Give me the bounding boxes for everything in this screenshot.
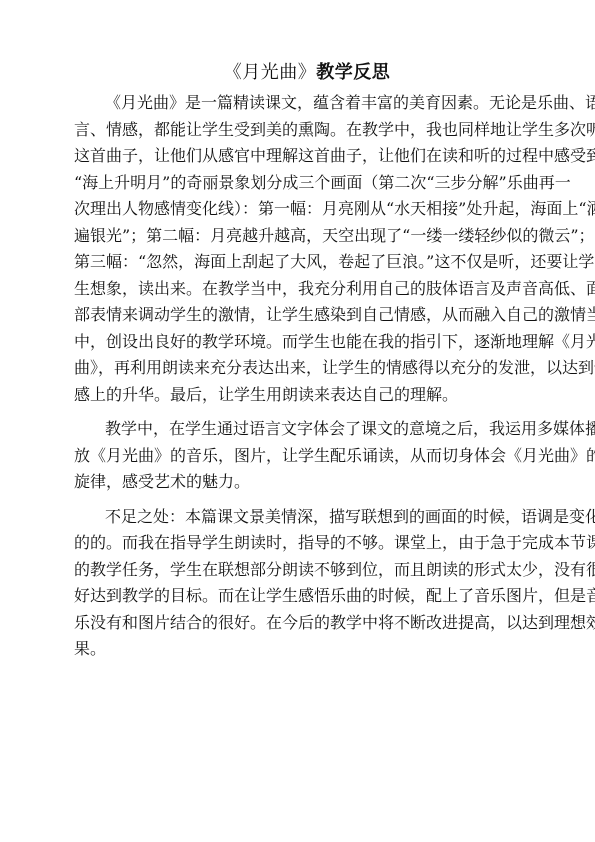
paragraph-line: 不足之处：本篇课文景美情深，描写联想到的画面的时候，语调是变化	[74, 504, 540, 531]
paragraph-line: 乐没有和图片结合的很好。在今后的教学中将不断改进提高，以达到理想效	[74, 610, 540, 637]
paragraph-2: 教学中，在学生通过语言文字体会了课文的意境之后，我运用多媒体播 放《月光曲》的音…	[74, 416, 540, 496]
paragraph-line: 放《月光曲》的音乐，图片，让学生配乐诵读，从而切身体会《月光曲》的	[74, 443, 540, 470]
document-title: 《月光曲》教学反思	[74, 60, 540, 86]
paragraph-line: 感上的升华。最后，让学生用朗读来表达自己的理解。	[74, 382, 540, 409]
paragraph-line: 言、情感，都能让学生受到美的熏陶。在教学中，我也同样地让学生多次听	[74, 117, 540, 144]
paragraph-line: 旋律，感受艺术的魅力。	[74, 469, 540, 496]
paragraph-line: 部表情来调动学生的激情，让学生感染到自己情感，从而融入自己的激情当	[74, 302, 540, 329]
title-lesson-name: 《月光曲》	[224, 62, 317, 83]
document-page: 《月光曲》教学反思 《月光曲》是一篇精读课文，蕴含着丰富的美育因素。无论是乐曲、…	[74, 60, 540, 663]
paragraph-line: 教学中，在学生通过语言文字体会了课文的意境之后，我运用多媒体播	[74, 416, 540, 443]
paragraph-line: 果。	[74, 636, 540, 663]
paragraph-line: 的教学任务，学生在联想部分朗读不够到位，而且朗读的形式太少，没有很	[74, 557, 540, 584]
paragraph-line: 次理出人物感情变化线）：第一幅：月亮刚从“水天相接”处升起，海面上“洒	[74, 196, 540, 223]
paragraph-line: 第三幅：“忽然，海面上刮起了大风，卷起了巨浪。”这不仅是听，还要让学	[74, 249, 540, 276]
paragraph-line: 的的。而我在指导学生朗读时，指导的不够。课堂上，由于急于完成本节课	[74, 530, 540, 557]
paragraph-line: 生想象，读出来。在教学当中，我充分利用自己的肢体语言及声音高低、面	[74, 276, 540, 303]
paragraph-line: 好达到教学的目标。而在让学生感悟乐曲的时候，配上了音乐图片，但是音	[74, 583, 540, 610]
paragraph-line: 这首曲子，让他们从感官中理解这首曲子，让他们在读和听的过程中感受到	[74, 143, 540, 170]
paragraph-line: 遍银光”；第二幅：月亮越升越高，天空出现了“一缕一缕轻纱似的微云”；	[74, 223, 540, 250]
paragraph-line: 中，创设出良好的教学环境。而学生也能在我的指引下，逐渐地理解《月光	[74, 329, 540, 356]
paragraph-1: 《月光曲》是一篇精读课文，蕴含着丰富的美育因素。无论是乐曲、语 言、情感，都能让…	[74, 90, 540, 408]
title-reflection: 教学反思	[316, 62, 390, 83]
paragraph-line: 曲》，再利用朗读来充分表达出来，让学生的情感得以充分的发泄，以达到情	[74, 355, 540, 382]
paragraph-line: 《月光曲》是一篇精读课文，蕴含着丰富的美育因素。无论是乐曲、语	[74, 90, 540, 117]
paragraph-3: 不足之处：本篇课文景美情深，描写联想到的画面的时候，语调是变化 的的。而我在指导…	[74, 504, 540, 663]
paragraph-line: “海上升明月”的奇丽景象划分成三个画面（第二次“三步分解”乐曲再一	[74, 170, 540, 197]
